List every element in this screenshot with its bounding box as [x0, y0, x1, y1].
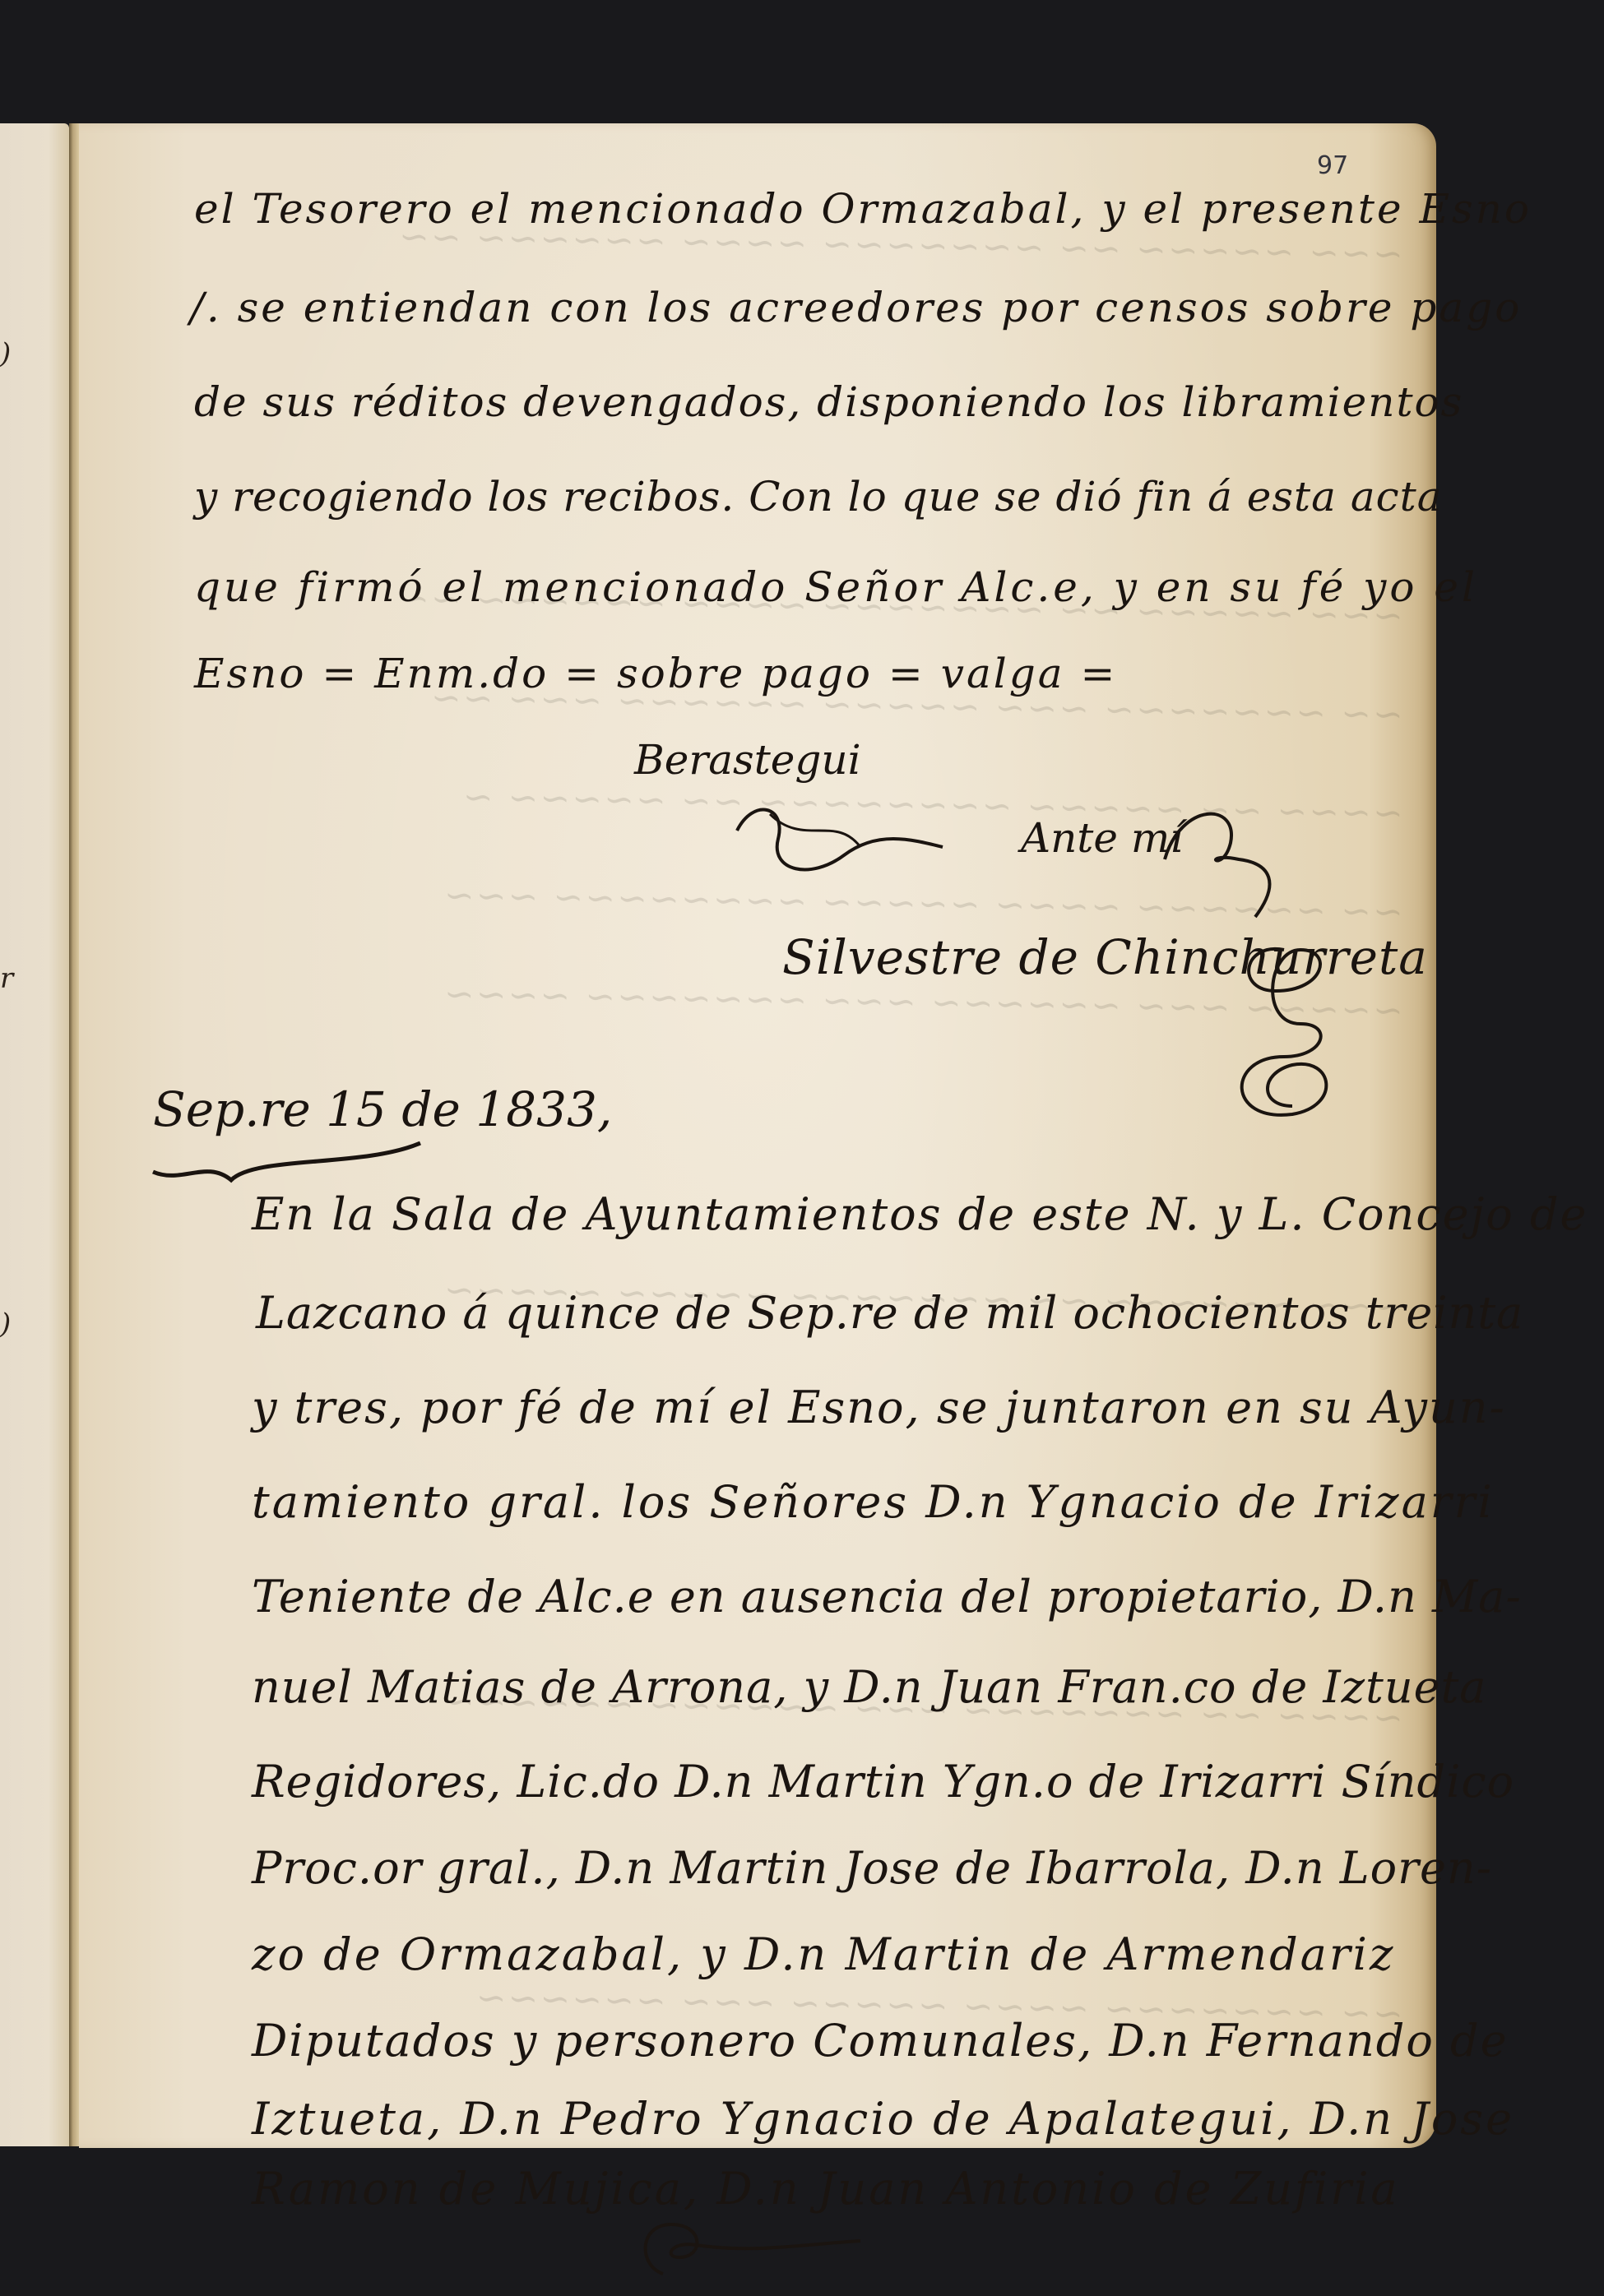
text-line: Iztueta, D.n Pedro Ygnacio de Apalategui…: [252, 2093, 1514, 2145]
text-line: Proc.or gral., D.n Martin Jose de Ibarro…: [252, 1842, 1492, 1894]
previous-page-edge: ) r ): [0, 123, 69, 2146]
text-line: de sus réditos devengados, disponiendo l…: [194, 378, 1463, 426]
signature-flourish-icon: [721, 798, 967, 896]
book-gutter: [69, 123, 79, 2146]
text-line: En la Sala de Ayuntamientos de este N. y…: [252, 1188, 1588, 1240]
previous-page-fragment: ): [0, 1308, 11, 1340]
text-line: Esno = Enm.do = sobre pago = valga =: [194, 650, 1117, 697]
text-line: /. se entiendan con los acreedores por c…: [190, 284, 1522, 331]
text-line: tamiento gral. los Señores D.n Ygnacio d…: [252, 1476, 1495, 1528]
manuscript-page: ~~~ ~~~~~ ~~ ~~~~~~~ ~~~~ ~~~~~~ ~~ ~~~ …: [79, 123, 1436, 2148]
text-line: y recogiendo los recibos. Con lo que se …: [194, 473, 1443, 521]
date-underline-flourish-icon: [149, 1135, 429, 1192]
text-line: Regidores, Lic.do D.n Martin Ygn.o de Ir…: [252, 1756, 1514, 1808]
text-line: y tres, por fé de mí el Esno, se juntaro…: [252, 1382, 1506, 1433]
text-line: nuel Matias de Arrona, y D.n Juan Fran.c…: [252, 1661, 1486, 1713]
entry-date-heading: Sep.re 15 de 1833,: [153, 1081, 612, 1137]
text-line: que firmó el mencionado Señor Alc.e, y e…: [194, 563, 1478, 611]
previous-page-fragment: ): [0, 337, 11, 370]
folio-number: 97: [1317, 151, 1348, 180]
text-line: Lazcano á quince de Sep.re de mil ochoci…: [256, 1287, 1523, 1339]
signature-mayor: Berastegui: [634, 736, 861, 784]
text-line: Teniente de Alc.e en ausencia del propie…: [252, 1571, 1522, 1622]
text-line: Diputados y personero Comunales, D.n Fer…: [252, 2015, 1509, 2067]
previous-page-fragment: r: [0, 962, 13, 995]
notary-rubric-icon: [1210, 933, 1358, 1131]
text-line: Ramon de Mujica, D.n Juan Antonio de Zuf…: [252, 2163, 1400, 2215]
bottom-flourish-icon: [630, 2216, 877, 2282]
text-line: zo de Ormazabal, y D.n Martin de Armenda…: [252, 1928, 1395, 1980]
text-line: el Tesorero el mencionado Ormazabal, y e…: [194, 185, 1532, 233]
ante-mi-flourish-icon: [1148, 794, 1313, 925]
